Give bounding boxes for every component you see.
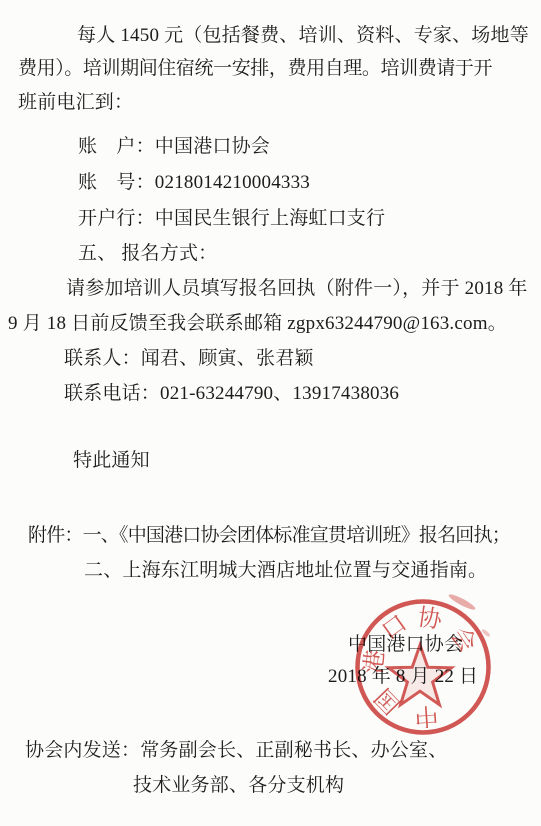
registration-line-1: 请参加培训人员填写报名回执（附件一），并于 2018 年 xyxy=(66,278,528,300)
fee-paragraph-line-1: 每人 1450 元（包括餐费、培训、资料、专家、场地等 xyxy=(77,25,529,47)
bank-account-name-line: 账 户：中国港口协会 xyxy=(78,136,270,158)
section-five-heading: 五、 报名方式： xyxy=(78,243,217,265)
fee-paragraph-line-2: 费用）。培训期间住宿统一安排，费用自理。培训费请于开 xyxy=(18,58,492,80)
attachment-line-1: 附件：一、《中国港口协会团体标准宣贯培训班》报名回执； xyxy=(28,525,510,547)
official-seal-stamp: 中国港口协会 xyxy=(343,587,503,747)
attachment-line-2: 二、上海东江明城大酒店地址位置与交通指南。 xyxy=(84,560,487,582)
contact-persons-line: 联系人：闻君、顾寅、张君颖 xyxy=(64,348,314,370)
bank-branch-line: 开户行：中国民生银行上海虹口支行 xyxy=(78,208,385,230)
bank-account-number-line: 账 号：0218014210004333 xyxy=(78,172,310,194)
seal-ring-character: 协 xyxy=(416,604,445,634)
registration-line-2: 9 月 18 日前反馈至我会联系邮箱 zgpx63244790@163.com。 xyxy=(8,313,507,335)
notice-closing-line: 特此通知 xyxy=(73,450,150,472)
distribution-list-line-2: 技术业务部、各分支机构 xyxy=(133,775,344,797)
fee-paragraph-line-3: 班前电汇到： xyxy=(18,92,133,114)
scanned-notice-page: 每人 1450 元（包括餐费、培训、资料、专家、场地等 费用）。培训期间住宿统一… xyxy=(0,0,541,826)
contact-phone-line: 联系电话：021-63244790、13917438036 xyxy=(64,383,399,405)
seal-ring-character: 港 xyxy=(360,649,389,676)
seal-ring-character: 中 xyxy=(413,701,439,730)
